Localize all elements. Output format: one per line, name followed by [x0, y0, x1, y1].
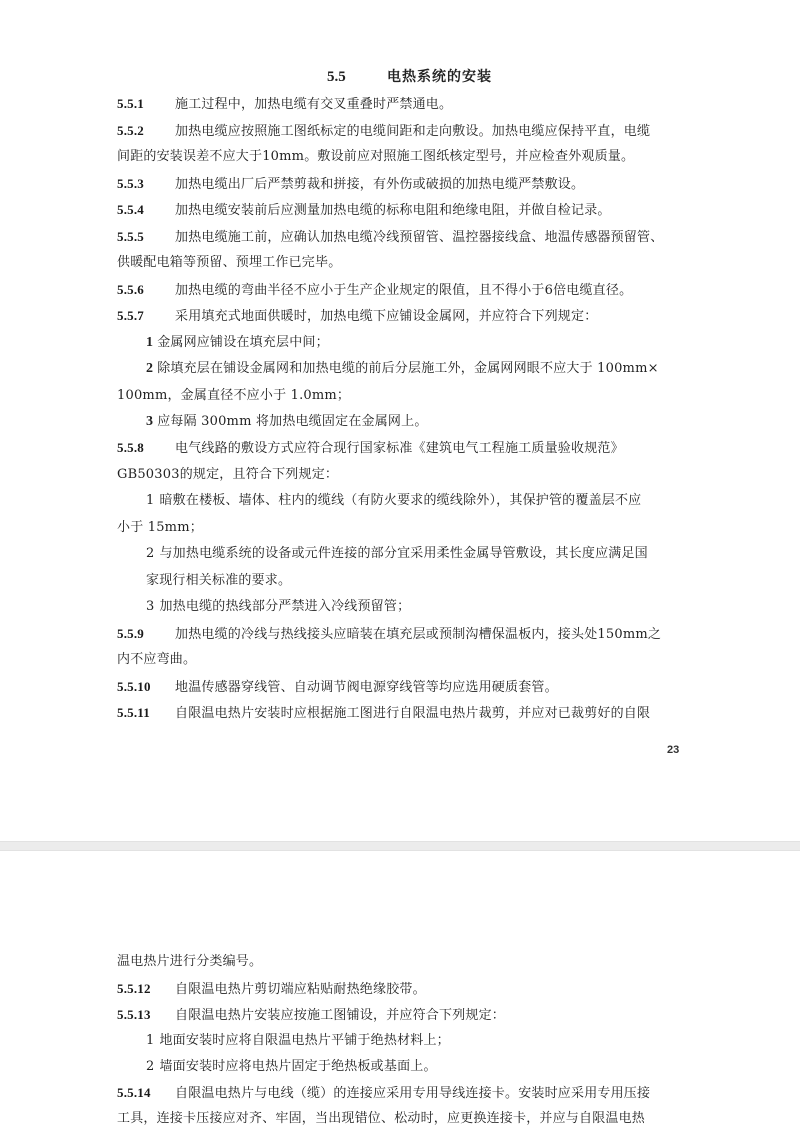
clause-number: 5.5.1 — [117, 95, 175, 113]
list-number: 1 — [146, 1033, 154, 1048]
document-page-23: 5.5电热系统的安装 5.5.1施工过程中，加热电缆有交叉重叠时严禁通电。 5.… — [0, 0, 800, 841]
clause-5-5-14-cont: 工具，连接卡压接应对齐、牢固，当出现错位、松动时，应更换连接卡，并应与自限温电热 — [117, 1110, 683, 1128]
clause-number: 5.5.5 — [117, 228, 175, 246]
clause-5-5-12: 5.5.12自限温电热片剪切端应粘贴耐热绝缘胶带。 — [117, 980, 683, 998]
clause-number: 5.5.6 — [117, 281, 175, 299]
list-number: 1 — [146, 493, 154, 508]
clause-5-5-1: 5.5.1施工过程中，加热电缆有交叉重叠时严禁通电。 — [117, 95, 683, 113]
list-item-5-5-8-2-cont: 家现行相关标准的要求。 — [146, 572, 712, 590]
clause-text: 加热电缆的冷线与热线接头应暗装在填充层或预制沟槽保温板内，接头处150mm之 — [175, 627, 661, 642]
section-title: 电热系统的安装 — [387, 69, 492, 85]
clause-5-5-14: 5.5.14自限温电热片与电线（缆）的连接应采用专用导线连接卡。安装时应采用专用… — [117, 1084, 683, 1102]
page-separator — [0, 841, 800, 851]
document-page-24: 温电热片进行分类编号。 5.5.12自限温电热片剪切端应粘贴耐热绝缘胶带。 5.… — [0, 851, 800, 1129]
list-text: 金属网应铺设在填充层中间； — [157, 335, 329, 350]
list-item-5-5-8-1-cont: 小于 15mm； — [117, 519, 683, 537]
list-number: 2 — [146, 1059, 154, 1074]
clause-text: 自限温电热片剪切端应粘贴耐热绝缘胶带。 — [175, 982, 426, 997]
clause-5-5-9: 5.5.9加热电缆的冷线与热线接头应暗装在填充层或预制沟槽保温板内，接头处150… — [117, 625, 683, 643]
clause-number: 5.5.2 — [117, 122, 175, 140]
clause-5-5-7: 5.5.7采用填充式地面供暖时，加热电缆下应铺设金属网，并应符合下列规定： — [117, 307, 683, 325]
list-number: 1 — [146, 335, 153, 350]
section-heading: 5.5电热系统的安装 — [327, 66, 492, 86]
list-item-5-5-13-2: 2墙面安装时应将电热片固定于绝热板或基面上。 — [146, 1058, 683, 1076]
clause-5-5-10: 5.5.10地温传感器穿线管、自动调节阀电源穿线管等均应选用硬质套管。 — [117, 678, 683, 696]
list-text: 应每隔 300mm 将加热电缆固定在金属网上。 — [157, 414, 427, 429]
clause-text: 加热电缆的弯曲半径不应小于生产企业规定的限值，且不得小于6倍电缆直径。 — [175, 283, 632, 298]
clause-5-5-2-cont: 间距的安装误差不应大于10mm。敷设前应对照施工图纸核定型号，并应检查外观质量。 — [117, 148, 683, 166]
list-item-5-5-7-2: 2除填充层在铺设金属网和加热电缆的前后分层施工外，金属网网眼不应大于 100mm… — [146, 360, 683, 378]
list-text: 除填充层在铺设金属网和加热电缆的前后分层施工外，金属网网眼不应大于 100mm× — [157, 361, 659, 376]
clause-5-5-3: 5.5.3加热电缆出厂后严禁剪裁和拼接，有外伤或破损的加热电缆严禁敷设。 — [117, 175, 683, 193]
clause-number: 5.5.9 — [117, 625, 175, 643]
list-item-5-5-7-2-cont: 100mm，金属直径不应小于 1.0mm； — [117, 387, 683, 405]
clause-text: 加热电缆应按照施工图纸标定的电缆间距和走向敷设。加热电缆应保持平直，电缆 — [175, 124, 650, 139]
list-number: 3 — [146, 599, 154, 614]
clause-5-5-8-cont: GB50303的规定，且符合下列规定： — [117, 466, 683, 484]
clause-5-5-11: 5.5.11自限温电热片安装时应根据施工图进行自限温电热片裁剪，并应对已裁剪好的… — [117, 704, 683, 722]
list-item-5-5-13-1: 1地面安装时应将自限温电热片平铺于绝热材料上； — [146, 1032, 683, 1050]
clause-number: 5.5.13 — [117, 1006, 175, 1024]
list-item-5-5-8-3: 3加热电缆的热线部分严禁进入冷线预留管； — [146, 598, 683, 616]
clause-number: 5.5.10 — [117, 678, 175, 696]
clause-text: 电气线路的敷设方式应符合现行国家标准《建筑电气工程施工质量验收规范》 — [175, 441, 624, 456]
clause-text: 加热电缆出厂后严禁剪裁和拼接，有外伤或破损的加热电缆严禁敷设。 — [175, 177, 584, 192]
clause-number: 5.5.4 — [117, 201, 175, 219]
list-number: 2 — [146, 546, 154, 561]
list-number: 2 — [146, 361, 153, 376]
clause-number: 5.5.7 — [117, 307, 175, 325]
clause-5-5-5-cont: 供暖配电箱等预留、预埋工作已完毕。 — [117, 254, 683, 272]
list-number: 3 — [146, 414, 153, 429]
clause-text: 自限温电热片与电线（缆）的连接应采用专用导线连接卡。安装时应采用专用压接 — [175, 1086, 650, 1101]
clause-number: 5.5.3 — [117, 175, 175, 193]
clause-text: 加热电缆安装前后应测量加热电缆的标称电阻和绝缘电阻，并做自检记录。 — [175, 203, 611, 218]
clause-text: 施工过程中，加热电缆有交叉重叠时严禁通电。 — [175, 97, 452, 112]
list-text: 地面安装时应将自限温电热片平铺于绝热材料上； — [159, 1033, 449, 1048]
list-item-5-5-7-3: 3应每隔 300mm 将加热电缆固定在金属网上。 — [146, 413, 683, 431]
clause-5-5-2: 5.5.2加热电缆应按照施工图纸标定的电缆间距和走向敷设。加热电缆应保持平直，电… — [117, 122, 683, 140]
clause-5-5-5: 5.5.5加热电缆施工前，应确认加热电缆冷线预留管、温控器接线盒、地温传感器预留… — [117, 228, 683, 246]
list-text: 暗敷在楼板、墙体、柱内的缆线（有防火要求的缆线除外），其保护管的覆盖层不应 — [159, 493, 641, 508]
list-item-5-5-8-2: 2与加热电缆系统的设备或元件连接的部分宜采用柔性金属导管敷设，其长度应满足国 — [146, 545, 683, 563]
section-number: 5.5 — [327, 69, 387, 86]
list-item-5-5-7-1: 1金属网应铺设在填充层中间； — [146, 334, 683, 352]
clause-5-5-4: 5.5.4加热电缆安装前后应测量加热电缆的标称电阻和绝缘电阻，并做自检记录。 — [117, 201, 683, 219]
clause-5-5-11-continuation: 温电热片进行分类编号。 — [117, 953, 683, 971]
page-number: 23 — [667, 744, 679, 756]
clause-number: 5.5.14 — [117, 1084, 175, 1102]
list-text: 与加热电缆系统的设备或元件连接的部分宜采用柔性金属导管敷设，其长度应满足国 — [159, 546, 647, 561]
clause-number: 5.5.12 — [117, 980, 175, 998]
clause-text: 自限温电热片安装应按施工图铺设，并应符合下列规定： — [175, 1008, 505, 1023]
clause-5-5-6: 5.5.6加热电缆的弯曲半径不应小于生产企业规定的限值，且不得小于6倍电缆直径。 — [117, 281, 683, 299]
clause-5-5-8: 5.5.8电气线路的敷设方式应符合现行国家标准《建筑电气工程施工质量验收规范》 — [117, 439, 683, 457]
list-text: 墙面安装时应将电热片固定于绝热板或基面上。 — [159, 1059, 436, 1074]
clause-5-5-9-cont: 内不应弯曲。 — [117, 651, 683, 669]
clause-text: 地温传感器穿线管、自动调节阀电源穿线管等均应选用硬质套管。 — [175, 680, 558, 695]
clause-text: 自限温电热片安装时应根据施工图进行自限温电热片裁剪，并应对已裁剪好的自限 — [175, 706, 650, 721]
clause-number: 5.5.8 — [117, 439, 175, 457]
list-item-5-5-8-1: 1暗敷在楼板、墙体、柱内的缆线（有防火要求的缆线除外），其保护管的覆盖层不应 — [146, 492, 683, 510]
clause-5-5-13: 5.5.13自限温电热片安装应按施工图铺设，并应符合下列规定： — [117, 1006, 683, 1024]
clause-text: 加热电缆施工前，应确认加热电缆冷线预留管、温控器接线盒、地温传感器预留管、 — [175, 230, 663, 245]
list-text: 加热电缆的热线部分严禁进入冷线预留管； — [159, 599, 410, 614]
clause-number: 5.5.11 — [117, 704, 175, 722]
clause-text: 采用填充式地面供暖时，加热电缆下应铺设金属网，并应符合下列规定： — [175, 309, 597, 324]
